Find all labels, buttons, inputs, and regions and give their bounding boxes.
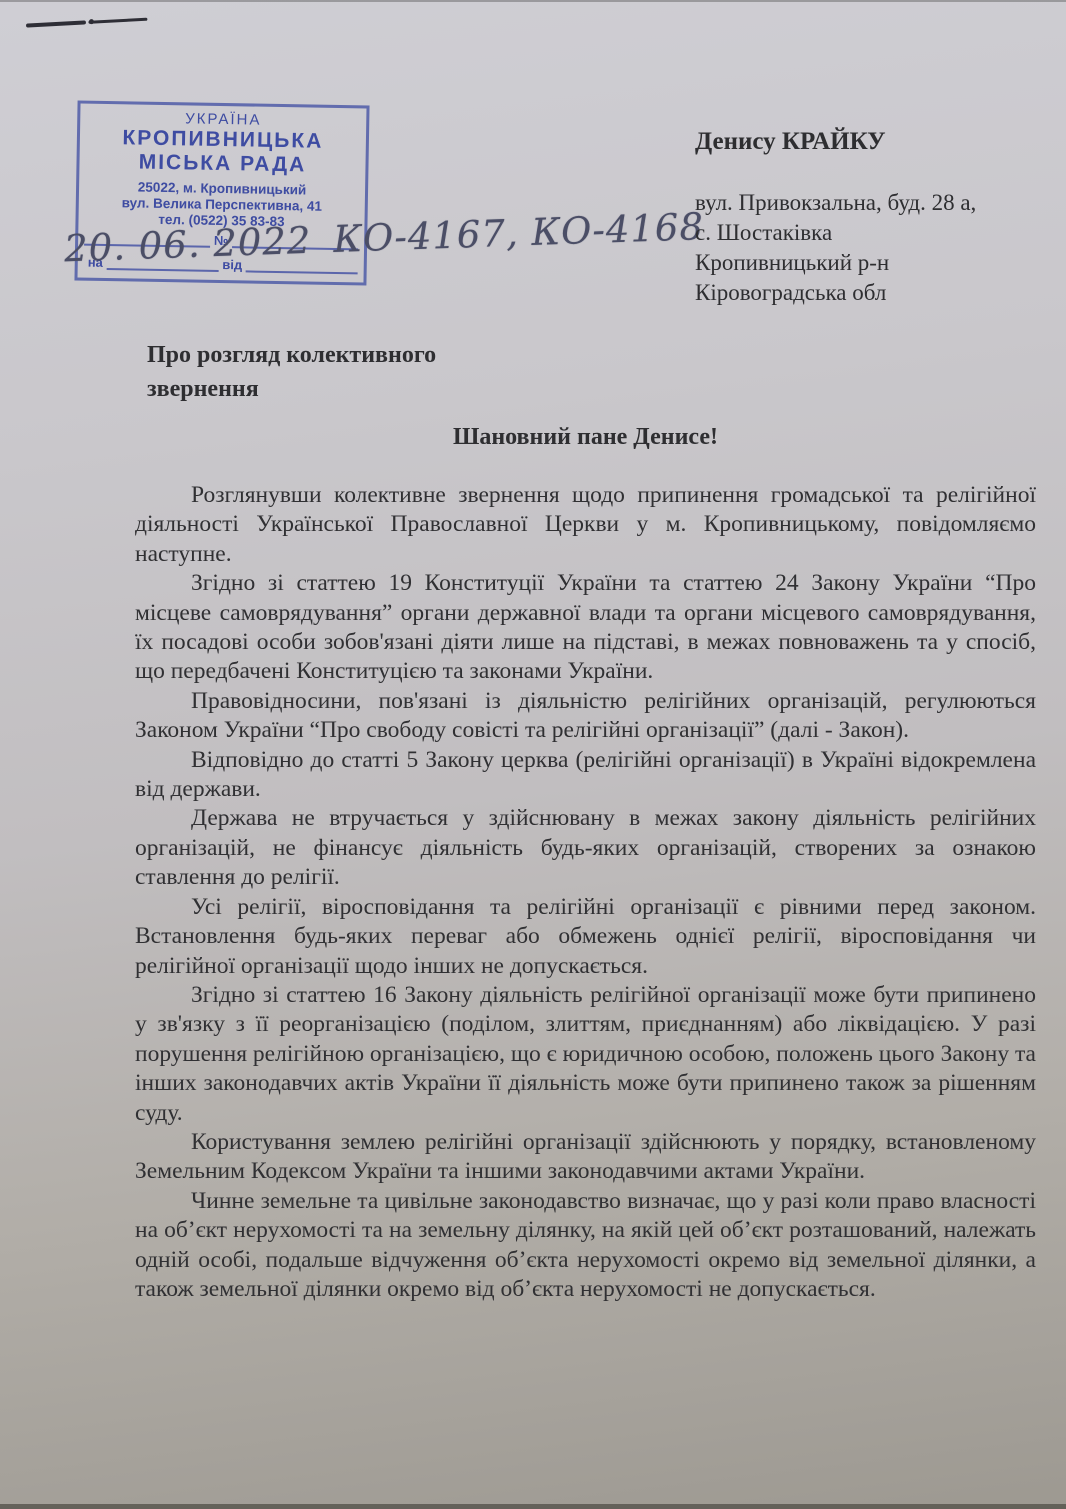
body-paragraph: Розглянувши колективне звернення щодо пр… — [135, 481, 1036, 569]
photo-top-edge — [0, 0, 1066, 2]
photo-bottom-edge — [0, 1504, 1066, 1509]
letter-body: Розглянувши колективне звернення щодо пр… — [135, 481, 1036, 1304]
body-paragraph: Користування землею релігійні організаці… — [135, 1128, 1036, 1187]
recipient-address-line: Кіровоградська обл — [695, 278, 976, 308]
salutation: Шановний пане Денисе! — [135, 424, 1036, 451]
handwritten-date: 20. 06. 2022 — [63, 219, 312, 271]
recipient-address-line: Кропивницький р-н — [695, 248, 976, 278]
body-paragraph: Згідно зі статтею 16 Закону діяльність р… — [135, 981, 1036, 1128]
body-paragraph: Відповідно до статті 5 Закону церква (ре… — [135, 746, 1036, 805]
pen-mark — [26, 20, 86, 27]
handwritten-case-numbers: КО-4167, КО-4168 — [333, 205, 705, 261]
recipient-block: Денису КРАЙКУ вул. Привокзальна, буд. 28… — [695, 128, 976, 308]
recipient-address-line: с. Шостаківка — [695, 218, 976, 248]
body-paragraph: Держава не втручається у здійснювану в м… — [135, 804, 1036, 892]
body-paragraph: Усі релігії, віросповідання та релігійні… — [135, 893, 1036, 981]
body-paragraph: Чинне земельне та цивільне законодавство… — [135, 1187, 1036, 1305]
body-paragraph: Згідно зі статтею 19 Конституції України… — [135, 569, 1036, 687]
recipient-address: вул. Привокзальна, буд. 28 а,с. Шостаків… — [695, 188, 976, 308]
stamp-org-name-line1: КРОПИВНИЦЬКА — [80, 126, 366, 155]
subject-line: Про розгляд колективного звернення — [147, 338, 487, 406]
stamp-org-name-line2: МІСЬКА РАДА — [79, 150, 365, 179]
recipient-address-line: вул. Привокзальна, буд. 28 а, — [695, 188, 976, 218]
recipient-name: Денису КРАЙКУ — [695, 128, 976, 156]
body-paragraph: Правовідносини, пов'язані із діяльністю … — [135, 687, 1036, 746]
